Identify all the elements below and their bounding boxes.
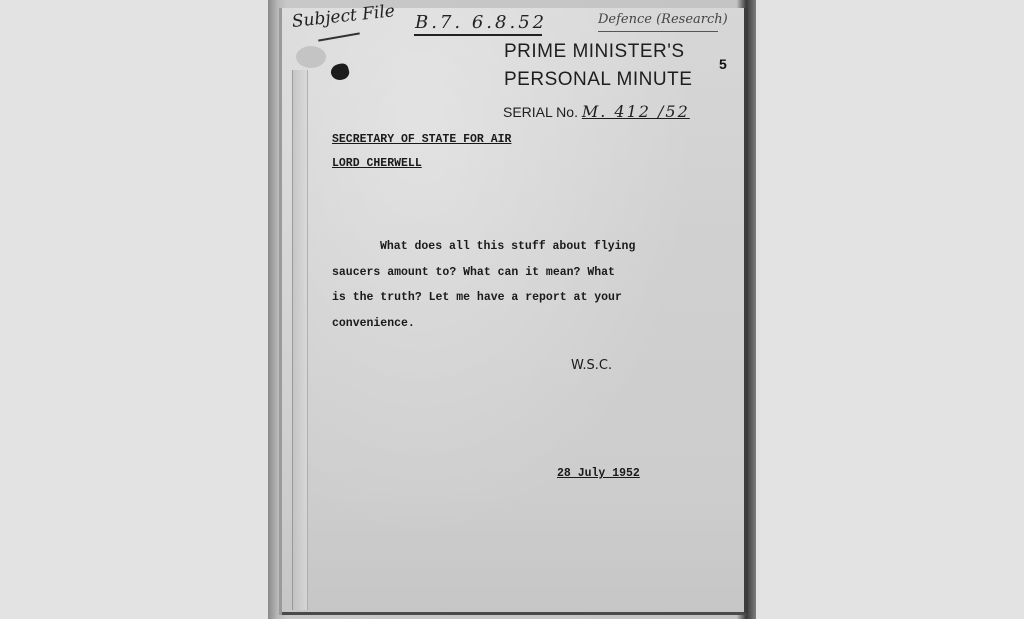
memo-heading: PRIME MINISTER'S PERSONAL MINUTE bbox=[504, 38, 692, 94]
memo-date: 28 July 1952 bbox=[557, 467, 640, 480]
signature-initials: W.S.C. bbox=[571, 358, 612, 373]
addressee-line: SECRETARY OF STATE FOR AIR bbox=[332, 128, 511, 152]
serial-number: SERIAL No. M. 412 /52 bbox=[503, 102, 690, 121]
paper-fold bbox=[292, 70, 308, 610]
heading-line-1: PRIME MINISTER'S bbox=[504, 38, 692, 66]
heading-line-2: PERSONAL MINUTE bbox=[504, 66, 692, 94]
serial-label: SERIAL No. bbox=[503, 104, 578, 120]
memo-body: What does all this stuff about flying sa… bbox=[332, 234, 662, 336]
addressee-block: SECRETARY OF STATE FOR AIR LORD CHERWELL bbox=[332, 128, 511, 176]
department-underline bbox=[598, 31, 718, 32]
paper-stain bbox=[296, 46, 326, 68]
serial-value: M. 412 /52 bbox=[582, 102, 690, 121]
file-reference-underline bbox=[414, 34, 542, 36]
addressee-line: LORD CHERWELL bbox=[332, 152, 511, 176]
page-number: 5 bbox=[719, 56, 727, 72]
department-note: Defence (Research) bbox=[598, 12, 728, 27]
document-viewer: Subject File B.7. 6.8.52 Defence (Resear… bbox=[0, 0, 1024, 619]
file-reference: B.7. 6.8.52 bbox=[415, 12, 547, 33]
